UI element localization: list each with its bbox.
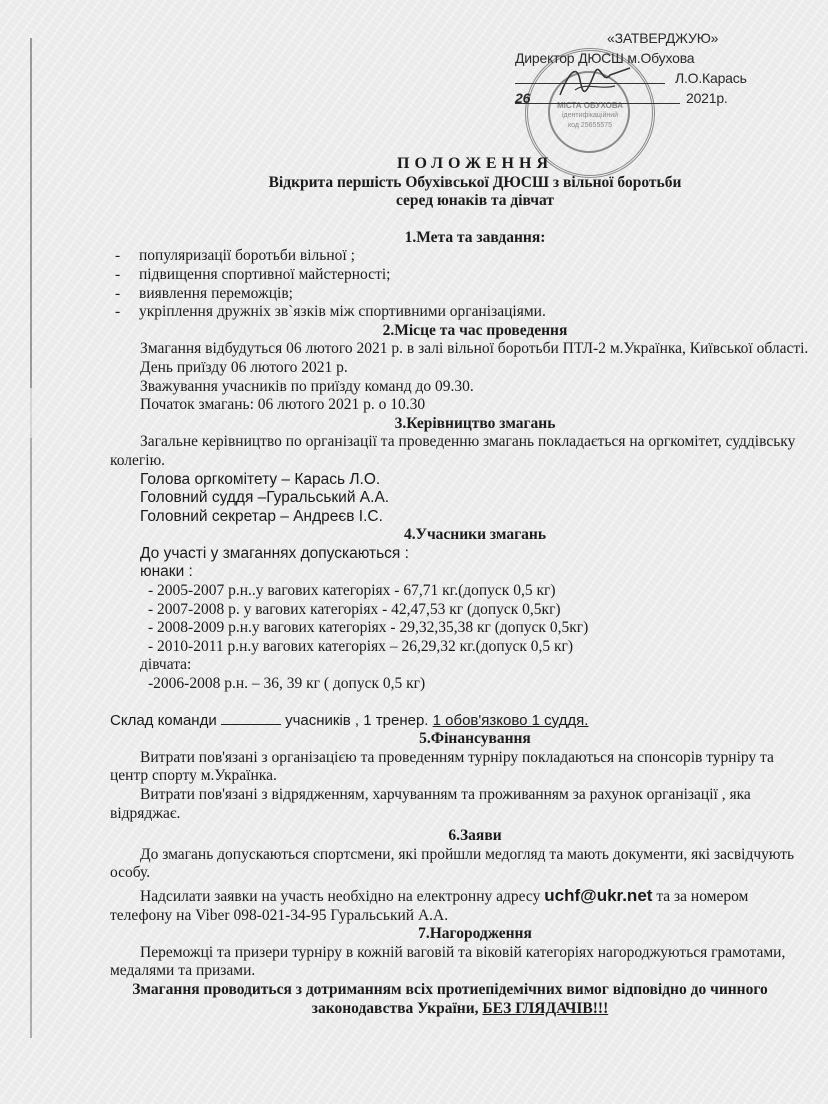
director-signature-line: Л.О.Карась	[515, 68, 815, 88]
section-heading-awards: 7.Нагородження	[140, 925, 810, 944]
awards-paragraph: Переможці та призери турніру в кожній ва…	[110, 944, 810, 981]
section-heading-participants: 4.Учасники змагань	[140, 526, 810, 545]
approval-year: 2021р.	[686, 88, 728, 108]
team-size-blank	[221, 712, 281, 725]
section-heading-goals: 1.Мета та завдання:	[140, 229, 810, 248]
section-heading-management: 3.Керівництво змагань	[140, 415, 810, 434]
section-heading-applications: 6.Заяви	[140, 827, 810, 846]
signature-blank	[515, 68, 665, 84]
goal-item: -укріплення дружніх зв`язків між спортив…	[110, 303, 810, 322]
goal-item: -виявлення переможців;	[110, 285, 810, 304]
approval-block: «ЗАТВЕРДЖУЮ» Директор ДЮСШ м.Обухова Л.О…	[515, 28, 815, 108]
director-name: Л.О.Карась	[675, 68, 747, 88]
finance-paragraph-1: Витрати пов'язані з організацією та пров…	[110, 749, 810, 786]
management-paragraph: Загальне керівництво по організації та п…	[110, 433, 810, 470]
date-blank: 26	[515, 88, 680, 104]
no-spectators-emphasis: БЕЗ ГЛЯДАЧІВ!!!	[482, 1000, 608, 1017]
document-subtitle-line1: Відкрита першість Обухівської ДЮСШ з віл…	[140, 174, 810, 193]
approve-label: «ЗАТВЕРДЖУЮ»	[515, 28, 815, 48]
document-title: ПОЛОЖЕННЯ	[140, 155, 810, 174]
participants-intro: До участі у змаганнях допускаються :	[110, 545, 810, 564]
document-page: МІСТА ОБУХОВА ідентифікаційний код 25655…	[0, 0, 828, 1104]
application-email[interactable]: uchf@ukr.net	[544, 886, 652, 905]
goal-item: -популяризації боротьби вільної ;	[110, 247, 810, 266]
stamp-code-line2: код 25655575	[528, 121, 652, 131]
approval-date-line: 26 2021р.	[515, 88, 815, 108]
boys-category: - 2010-2011 р.н.у вагових категоріях – 2…	[110, 638, 810, 657]
arrival-day: День приїзду 06 лютого 2021 р.	[110, 359, 810, 378]
closing-line-1: Змагання проводиться з дотриманням всіх …	[90, 981, 810, 1000]
official-chief-judge: Головний суддя –Гуральський А.А.	[110, 489, 810, 508]
scan-margin-line	[30, 38, 32, 1038]
approval-day: 26	[515, 90, 530, 106]
boys-category: - 2007-2008 р. у вагових категоріях - 42…	[110, 601, 810, 620]
document-body: ПОЛОЖЕННЯ Відкрита першість Обухівської …	[110, 155, 810, 1018]
official-secretary: Головний секретар – Андреєв І.С.	[110, 508, 810, 527]
start-time: Початок змагань: 06 лютого 2021 р. о 10.…	[110, 396, 810, 415]
applications-paragraph-1: До змагань допускаються спортсмени, які …	[110, 846, 810, 883]
stamp-code-line1: ідентифікаційний	[528, 111, 652, 121]
girls-label: дівчата:	[110, 656, 810, 675]
director-label: Директор ДЮСШ м.Обухова	[515, 48, 815, 68]
applications-paragraph-2: Надсилати заявки на участь необхідно на …	[110, 887, 810, 925]
team-middle: учасників , 1 тренер.	[285, 712, 428, 729]
boys-category: - 2008-2009 р.н.у вагових категоріях - 2…	[110, 619, 810, 638]
girls-category: -2006-2008 р.н. – 36, 39 кг ( допуск 0,5…	[110, 675, 810, 694]
weigh-in-time: Зважування учасників по приїзду команд д…	[110, 378, 810, 397]
boys-label: юнаки :	[110, 563, 810, 582]
closing-line-2: законодавства України, БЕЗ ГЛЯДАЧІВ!!!	[110, 1000, 810, 1019]
venue-paragraph: Змагання відбудуться 06 лютого 2021 р. в…	[110, 340, 810, 359]
team-prefix: Склад команди	[110, 712, 217, 729]
official-chair: Голова оргкомітету – Карась Л.О.	[110, 471, 810, 490]
section-heading-place-time: 2.Місце та час проведення	[140, 322, 810, 341]
team-composition: Склад команди учасників , 1 тренер. 1 об…	[110, 712, 810, 731]
section-heading-finance: 5.Фінансування	[140, 730, 810, 749]
team-judge-requirement: 1 обов'язково 1 суддя.	[433, 712, 589, 729]
finance-paragraph-2: Витрати пов'язані з відрядженням, харчув…	[110, 786, 810, 823]
boys-category: - 2005-2007 р.н..у вагових категоріях - …	[110, 582, 810, 601]
document-subtitle-line2: серед юнаків та дівчат	[140, 192, 810, 211]
goal-item: -підвищення спортивної майстерності;	[110, 266, 810, 285]
